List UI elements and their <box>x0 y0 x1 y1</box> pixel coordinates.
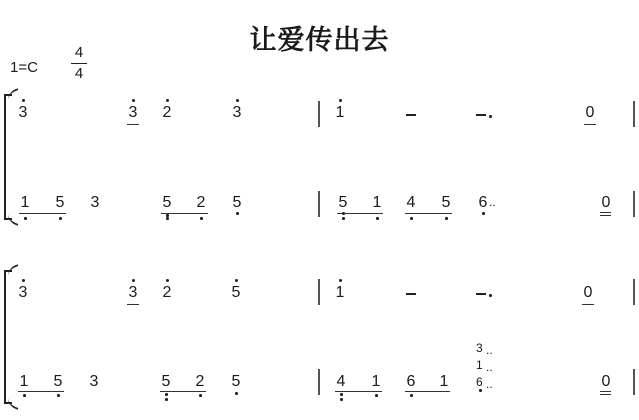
barline <box>318 369 320 395</box>
beam <box>19 213 66 214</box>
underline <box>600 394 611 395</box>
time-fraction-bar <box>71 63 87 64</box>
note: 1 <box>437 374 451 390</box>
note: 3 <box>126 285 140 301</box>
underline <box>127 124 139 125</box>
barline <box>633 369 635 395</box>
note: 4 <box>334 374 348 390</box>
barline <box>318 279 320 305</box>
note: 4 <box>404 195 418 211</box>
underline <box>584 124 596 125</box>
note: 3 <box>230 105 244 121</box>
low-octave-dot <box>479 389 482 392</box>
barline <box>318 191 320 217</box>
note: 2 <box>194 195 208 211</box>
beam <box>335 391 382 392</box>
key-signature: 1=C <box>10 59 38 76</box>
note: 5 <box>159 374 173 390</box>
note: 0 <box>583 105 597 121</box>
note: 5 <box>439 195 453 211</box>
underline <box>600 215 611 216</box>
note: 5 <box>336 195 350 211</box>
note: 6 <box>476 195 490 211</box>
time-numerator: 4 <box>71 44 87 62</box>
note: 1 <box>333 105 347 121</box>
underline <box>582 304 594 305</box>
beam <box>405 213 452 214</box>
note: 1 <box>18 195 32 211</box>
beam <box>337 213 383 214</box>
note: 3 <box>126 105 140 121</box>
note: 0 <box>599 195 613 211</box>
augmentation-dot <box>489 115 492 118</box>
barline <box>633 191 635 217</box>
note: 0 <box>581 285 595 301</box>
system-bracket-icon <box>4 94 12 220</box>
note: 2 <box>193 374 207 390</box>
chord-note: 6 <box>476 376 483 388</box>
sustain-dash <box>406 114 416 116</box>
chord-note: 3 <box>476 342 483 354</box>
note: 5 <box>229 285 243 301</box>
barline <box>633 101 635 127</box>
underline <box>600 391 611 392</box>
time-signature: 4 4 <box>71 44 87 83</box>
barline <box>318 101 320 127</box>
system-bracket-icon <box>4 270 12 404</box>
augmentation-dot <box>489 294 492 297</box>
note: 5 <box>230 195 244 211</box>
note: 1 <box>17 374 31 390</box>
note: 5 <box>229 374 243 390</box>
beam <box>161 213 208 214</box>
note: 2 <box>160 105 174 121</box>
time-denominator: 4 <box>71 65 87 83</box>
note: 1 <box>369 374 383 390</box>
augmentation-dots: .. <box>486 361 493 373</box>
note: 3 <box>87 374 101 390</box>
note: 0 <box>599 374 613 390</box>
underline <box>127 304 139 305</box>
sustain-dash <box>476 293 486 295</box>
note: 5 <box>51 374 65 390</box>
note: 5 <box>53 195 67 211</box>
beam <box>160 391 206 392</box>
underline <box>600 212 611 213</box>
score-title: 让爱传出去 <box>0 18 639 57</box>
sustain-dash <box>476 114 486 116</box>
augmentation-dots: .. <box>486 344 493 356</box>
beam <box>405 391 450 392</box>
chord-note: 1 <box>476 359 483 371</box>
barline <box>633 279 635 305</box>
beam <box>18 391 64 392</box>
note: 1 <box>333 285 347 301</box>
note: 3 <box>88 195 102 211</box>
note: 1 <box>370 195 384 211</box>
note: 3 <box>16 285 30 301</box>
augmentation-dots: .. <box>489 196 496 208</box>
sustain-dash <box>406 293 416 295</box>
note: 6 <box>404 374 418 390</box>
augmentation-dots: .. <box>486 378 493 390</box>
note: 5 <box>160 195 174 211</box>
note: 2 <box>160 285 174 301</box>
note: 3 <box>16 105 30 121</box>
